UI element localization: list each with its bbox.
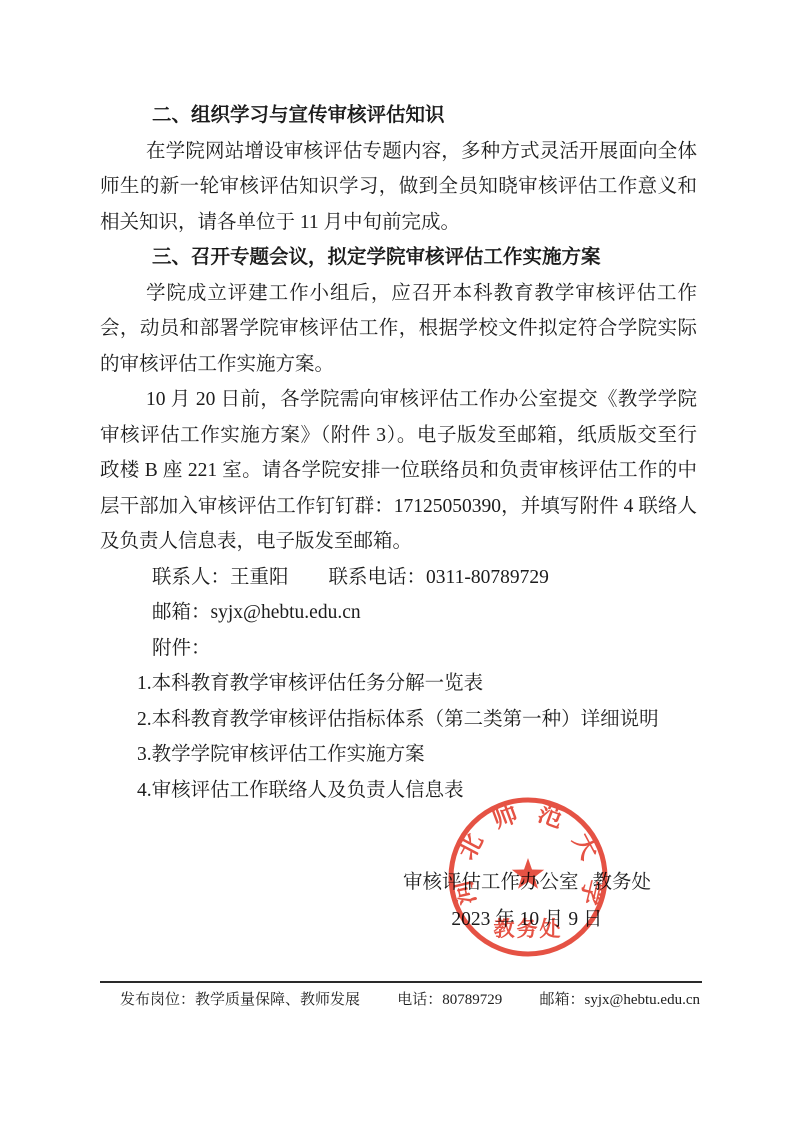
attachment-item: 1.本科教育教学审核评估任务分解一览表 <box>100 666 697 702</box>
footer-email-value: syjx@hebtu.edu.cn <box>585 992 700 1008</box>
signature-block: 审核评估工作办公室教务处 2023 年 10 月 9 日 <box>360 864 694 938</box>
signature-office: 审核评估工作办公室 <box>403 872 579 893</box>
contact-person-value: 王重阳 <box>230 567 289 588</box>
paragraph-meeting: 学院成立评建工作小组后，应召开本科教育教学审核评估工作会，动员和部署学院审核评估… <box>100 276 697 383</box>
signature-department: 教务处 <box>593 872 652 893</box>
attachment-item: 4.审核评估工作联络人及负责人信息表 <box>100 773 697 809</box>
page-footer: 发布岗位：教学质量保障、教师发展 电话：80789729 邮箱：syjx@heb… <box>100 981 702 1010</box>
email-label: 邮箱： <box>152 602 211 623</box>
contact-phone-value: 0311-80789729 <box>426 567 549 588</box>
contact-phone-label: 联系电话： <box>329 567 427 588</box>
footer-email: 邮箱：syjx@hebtu.edu.cn <box>540 990 702 1010</box>
section-heading-2: 二、组织学习与宣传审核评估知识 <box>100 98 697 134</box>
attachment-item: 2.本科教育教学审核评估指标体系（第二类第一种）详细说明 <box>100 702 697 738</box>
attachment-item: 3.教学学院审核评估工作实施方案 <box>100 737 697 773</box>
email-value: syjx@hebtu.edu.cn <box>211 602 361 623</box>
footer-post-value: 教学质量保障、教师发展 <box>195 992 360 1008</box>
contact-line: 联系人：王重阳联系电话：0311-80789729 <box>100 560 697 596</box>
footer-phone-value: 80789729 <box>442 992 502 1008</box>
contact-person-label: 联系人： <box>152 567 230 588</box>
document-body: 二、组织学习与宣传审核评估知识 在学院网站增设审核评估专题内容，多种方式灵活开展… <box>100 98 697 808</box>
document-page: 二、组织学习与宣传审核评估知识 在学院网站增设审核评估专题内容，多种方式灵活开展… <box>0 0 800 1131</box>
signature-org-line: 审核评估工作办公室教务处 <box>360 864 694 901</box>
footer-phone-label: 电话： <box>397 992 442 1008</box>
email-line: 邮箱：syjx@hebtu.edu.cn <box>100 595 697 631</box>
paragraph-deadline: 10 月 20 日前，各学院需向审核评估工作办公室提交《教学学院审核评估工作实施… <box>100 382 697 560</box>
section-heading-3: 三、召开专题会议，拟定学院审核评估工作实施方案 <box>100 240 697 276</box>
footer-post-label: 发布岗位： <box>120 992 195 1008</box>
footer-phone: 电话：80789729 <box>397 990 502 1010</box>
attachments-label: 附件： <box>100 631 697 667</box>
footer-email-label: 邮箱： <box>540 992 585 1008</box>
footer-post: 发布岗位：教学质量保障、教师发展 <box>100 990 360 1010</box>
signature-date: 2023 年 10 月 9 日 <box>360 901 694 938</box>
paragraph-learning: 在学院网站增设审核评估专题内容，多种方式灵活开展面向全体师生的新一轮审核评估知识… <box>100 134 697 241</box>
